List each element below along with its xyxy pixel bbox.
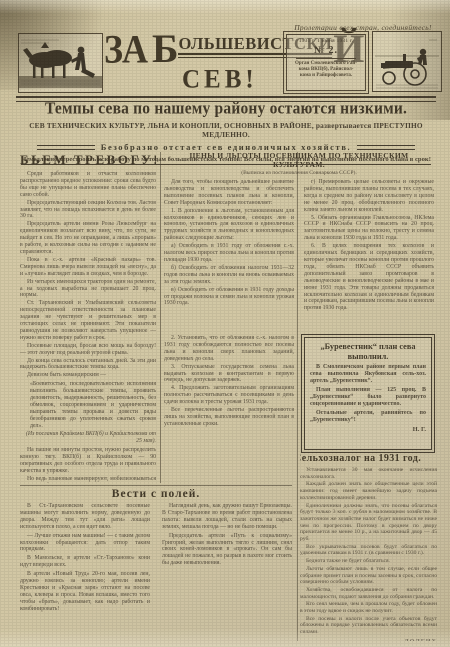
alarm-attribution-1: (Из послания Крайкома ВКП(б) и Крайиспол… <box>20 431 156 445</box>
rule-left <box>37 145 95 150</box>
article-alarm: БЬЕМ ТРЕВОГУ! Среди работников и отчасти… <box>20 151 156 483</box>
horses-plowing-icon <box>19 34 102 92</box>
paragraph: До конца сева осталось считанных дней. З… <box>20 358 156 372</box>
paragraph: Остальные артели, равняйтесь по „Буревес… <box>310 410 426 424</box>
paragraph: Устанавливается 30 мая окончание исчисле… <box>300 467 437 480</box>
tractor-engraving-icon <box>372 31 442 92</box>
paragraph: Из четырех имеющихся тракторов один на р… <box>20 279 156 300</box>
main-headline: Темпы сева по нашему району остаются низ… <box>18 99 434 119</box>
paragraph: В Мамольске, в артели «Ст.-Тарханово» ко… <box>20 555 150 569</box>
issue-date: 1931 г. 1 июня 1931 г. <box>287 38 365 44</box>
paragraph: Все укрывательства посевов будут облагат… <box>300 544 437 557</box>
article-decree: ЦЕНЫ И ЛЬГОТЫ ПОСЕВЩИКАМ ПО ТЕХНИЧЕСКИМ … <box>164 151 434 339</box>
paragraph: г) Премировать целые сельсоветы и окружн… <box>304 179 434 214</box>
masthead-title: ЗА Б ОЛЬШЕВИСТСКИ Й СЕВ! <box>104 30 282 96</box>
paragraph: 3. Отпускаемые государством семена льна … <box>164 364 294 385</box>
paragraph: 2. Установить, что от обложения с.-х. на… <box>164 335 294 363</box>
column-rule-1 <box>160 152 161 483</box>
paragraph: б) Освободить от обложения налогом 1931—… <box>164 265 294 286</box>
article-fields: Вести с полей. В Ст.-Тархановском сельсо… <box>20 485 292 646</box>
paragraph: На пашне ни минуты простоя, нужно распре… <box>20 447 156 475</box>
decree-col-2: г) Премировать целые сельсоветы и окружн… <box>304 179 434 339</box>
decree-subtitle: (Выписка из постановления Совнаркома ССС… <box>164 170 434 176</box>
decree-continued: 2. Установить, что от обложения с.-х. на… <box>164 335 294 483</box>
paragraph: Пока в с.-х. артели «Красный пахарь» тов… <box>20 257 156 278</box>
paragraph: Председатель артели «Путь к социализму» … <box>162 533 292 568</box>
decree-col-1: Для того, чтобы поощрить дальнейшее разв… <box>164 179 294 339</box>
paragraph: В Ст.-Тархановском сельсовете посевные м… <box>20 503 150 531</box>
paragraph: 1. В дополнение к льготам, установленным… <box>164 208 294 243</box>
issue-divider <box>296 58 356 59</box>
paragraph: Льготы обязывают лишь в том случае, если… <box>300 566 437 586</box>
paragraph: В артели «Новый Труд» 20-го мая, посеяв … <box>20 571 150 612</box>
paragraph: — Лучше откажи нам машины! — с таким дел… <box>20 533 150 554</box>
tax-title: Сельхозналог на 1931 год. <box>300 453 437 464</box>
paragraph: в) Освободить от обложения в 1931 году д… <box>164 287 294 308</box>
sub-headline: СЕВ ТЕХНИЧЕСКИХ КУЛЬТУР, ЛЬНА И КОНОПЛИ,… <box>18 121 434 139</box>
paragraph: Председатель артели имени Розы Люксембур… <box>20 221 156 256</box>
title-za: ЗА <box>104 28 147 71</box>
paragraph: Председательствующий секции Колхоза тов.… <box>20 200 156 221</box>
rule-right <box>357 145 415 150</box>
tractor-icon <box>373 32 441 91</box>
paragraph: 4. Предложить заготовительным организаци… <box>164 385 294 406</box>
burevestnik-body: В Смолевичском районе первым план сева в… <box>310 364 426 424</box>
paragraph: Хозяйства, освобождавшиеся от налога по … <box>300 587 437 600</box>
alarm-body-2: На пашне ни минуты простоя, нужно распре… <box>20 447 156 483</box>
decree-title: ЦЕНЫ И ЛЬГОТЫ ПОСЕВЩИКАМ ПО ТЕХНИЧЕСКИМ … <box>164 151 434 169</box>
paragraph: 5. Обязать организации Главльносоюза, НК… <box>304 215 434 243</box>
paragraph: Для того, чтобы поощрить дальнейшее разв… <box>164 179 294 207</box>
paragraph: а) Освободить в 1931 году от обложения с… <box>164 243 294 264</box>
burevestnik-signature: Н. Г. <box>310 426 426 433</box>
alarm-title: БЬЕМ ТРЕВОГУ! <box>20 152 156 168</box>
paragraph: Девизом быть командирским — <box>20 372 156 379</box>
alarm-quote-1: «Боевитостью, последовательностью исполн… <box>30 381 156 429</box>
paragraph: В Смолевичском районе первым план сева в… <box>310 364 426 385</box>
fields-title: Вести с полей. <box>20 488 292 500</box>
paragraph: Все перечисленные льготы распространяютс… <box>164 407 294 428</box>
title-b: Б <box>152 30 178 68</box>
alarm-body-1: Среди работников и отчасти колхозников р… <box>20 171 156 379</box>
issue-number: № 2. <box>287 45 365 56</box>
paragraph: Среди работников и отчасти колхозников р… <box>20 171 156 199</box>
organ-line3: кома и Райпрофсовета. <box>287 73 365 79</box>
paragraph: Посевные площади, бросая всю мощь на бор… <box>20 343 156 357</box>
tax-signature: ДОЛГИХ <box>300 638 437 641</box>
paragraph: Кто сеял меньше, чем в прошлом году, буд… <box>300 601 437 614</box>
title-sev: СЕВ! <box>182 65 282 94</box>
fields-col-1: В Ст.-Тархановском сельсовете посевные м… <box>20 503 150 615</box>
paragraph: Все посевы и налоги после учета объектов… <box>300 616 437 636</box>
paragraph: План выполнения — 125 проц. В „Буревестн… <box>310 387 426 408</box>
horses-plowing-engraving-icon <box>18 33 103 93</box>
paragraph: Каждый должен знать все общественные цел… <box>300 481 437 501</box>
paragraph: Ст. Тархановский и Улыбышевский сельсове… <box>20 300 156 341</box>
paragraph: Наглядный день, как дружно пашут Ермолае… <box>162 503 292 531</box>
tax-body: Устанавливается 30 мая окончание исчисле… <box>300 467 437 636</box>
burevestnik-title: „Буревестник“ план сева выполнил. <box>310 342 426 361</box>
fields-col-2: Наглядный день, как дружно пашут Ермолае… <box>162 503 292 615</box>
article-burevestnik: „Буревестник“ план сева выполнил. В Смол… <box>304 337 432 450</box>
paragraph: Беднота также не будет облагаться. <box>300 558 437 565</box>
article-tax: Сельхозналог на 1931 год. Устанавливаетс… <box>300 453 437 641</box>
paragraph: Единоличники должны знать, что посевы об… <box>300 503 437 543</box>
top-fade <box>0 0 450 14</box>
paragraph: 6. В целях поощрения тех колхозов и един… <box>304 243 434 312</box>
issue-info-box: 1931 г. 1 июня 1931 г. № 2. Орган Смолев… <box>286 34 366 91</box>
newspaper-page: Пролетарии всех стран, соединяйтесь! <box>0 0 450 647</box>
paragraph: Но ведь плановые маневрируют, мобилизовы… <box>20 476 156 483</box>
